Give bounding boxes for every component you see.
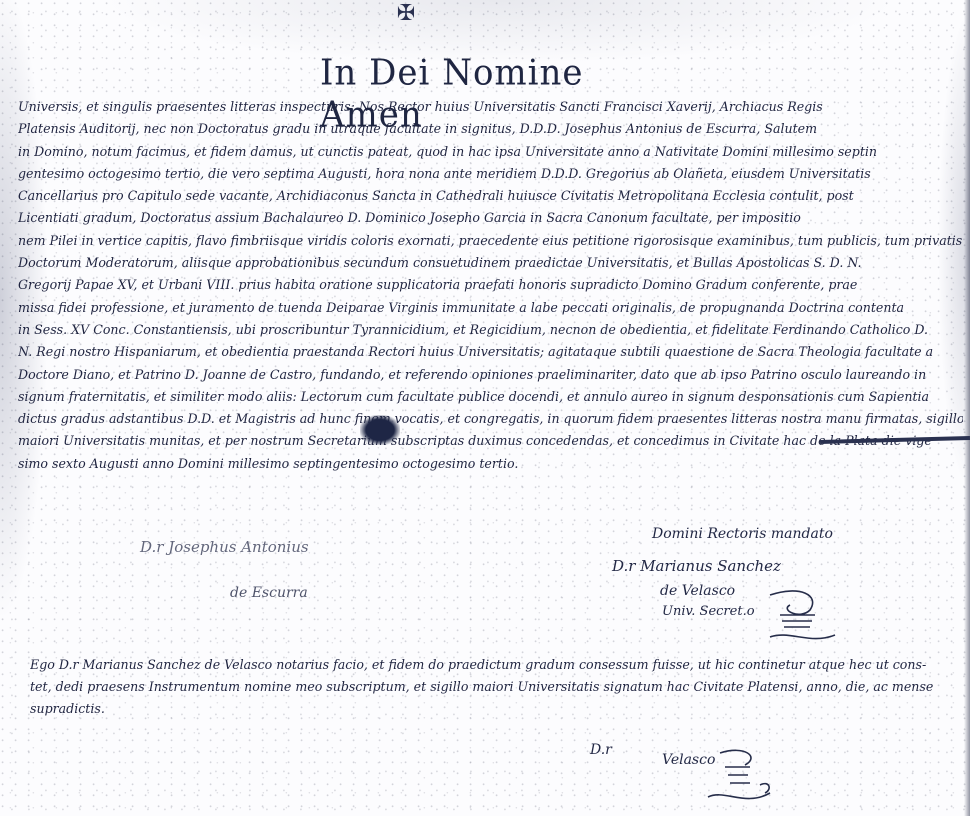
rector-signature-line1: D.r Josephus Antonius xyxy=(140,538,309,556)
notary-rubric-icon xyxy=(700,745,780,810)
diploma-body: Universis, et singulis praesentes litter… xyxy=(18,96,963,475)
body-line: nem Pilei in vertice capitis, flavo fimb… xyxy=(18,230,963,252)
rubric-flourish-icon xyxy=(760,585,840,645)
cert-line: supradictis. xyxy=(30,698,960,720)
body-line: Gregorij Papae XV, et Urbani VIII. prius… xyxy=(18,274,963,296)
body-line: missa fidei professione, et juramento de… xyxy=(18,297,963,319)
body-line: Universis, et singulis praesentes litter… xyxy=(18,96,963,118)
body-line: Doctore Diano, et Patrino D. Joanne de C… xyxy=(18,364,963,386)
rector-signature-line2: de Escurra xyxy=(230,585,308,601)
body-line: in Domino, notum facimus, et fidem damus… xyxy=(18,141,963,163)
body-line: N. Regi nostro Hispaniarum, et obedienti… xyxy=(18,341,963,363)
body-line: in Sess. XV Conc. Constantiensis, ubi pr… xyxy=(18,319,963,341)
body-line: dictus gradus adstantibus D.D. et Magist… xyxy=(18,408,963,430)
body-line: Doctorum Moderatorum, aliisque approbati… xyxy=(18,252,963,274)
body-line: simo sexto Augusti anno Domini millesimo… xyxy=(18,453,963,475)
notary-signature-prefix: D.r xyxy=(590,742,612,758)
secretary-title: Univ. Secret.o xyxy=(662,604,755,619)
mandate-line1: Domini Rectoris mandato xyxy=(652,526,833,542)
body-line: Platensis Auditorij, nec non Doctoratus … xyxy=(18,118,963,140)
ink-seal-blot xyxy=(360,415,400,445)
secretary-signature-line1: D.r Marianus Sanchez xyxy=(612,557,781,575)
body-line: Licentiati gradum, Doctoratus assium Bac… xyxy=(18,207,963,229)
page-edge-shadow xyxy=(964,0,970,816)
cert-line: tet, dedi praesens Instrumentum nomine m… xyxy=(30,676,960,698)
secretary-signature-line2: de Velasco xyxy=(660,583,735,599)
body-line: Cancellarius pro Capitulo sede vacante, … xyxy=(18,185,963,207)
body-line: signum fraternitatis, et similiter modo … xyxy=(18,386,963,408)
cert-line: Ego D.r Marianus Sanchez de Velasco nota… xyxy=(30,654,960,676)
notary-certification: Ego D.r Marianus Sanchez de Velasco nota… xyxy=(30,654,960,720)
maltese-cross-icon: ✠ xyxy=(396,4,416,24)
body-line: gentesimo octogesimo tertio, die vero se… xyxy=(18,163,963,185)
